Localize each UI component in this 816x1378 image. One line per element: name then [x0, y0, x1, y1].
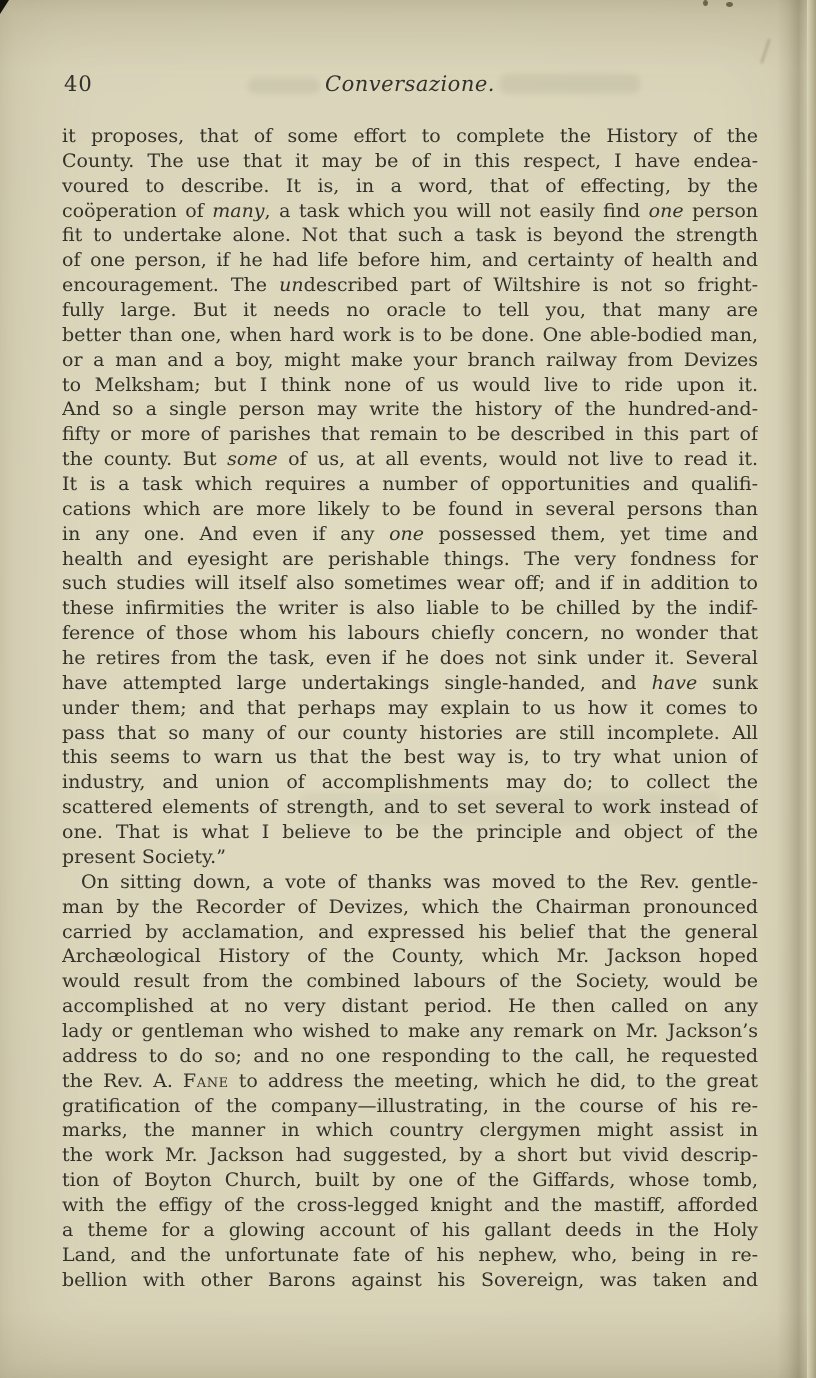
text-line: of one person, if he had life before him…	[62, 248, 758, 273]
small-caps-text: Fane	[183, 1070, 229, 1092]
page-body: it proposes, that of some effort to comp…	[62, 124, 758, 1292]
text-line: health and eyesight are perishable thing…	[62, 547, 758, 572]
italic-text: one	[389, 523, 424, 545]
text-line: fifty or more of parishes that remain to…	[62, 422, 758, 447]
text-line: marks, the manner in which country clerg…	[62, 1118, 758, 1143]
text-line: On sitting down, a vote of thanks was mo…	[62, 870, 758, 895]
text-line: It is a task which requires a number of …	[62, 472, 758, 497]
text-line: Land, and the unfortunate fate of his ne…	[62, 1243, 758, 1268]
page-edge	[807, 0, 816, 1378]
text-line: fully large. But it needs no oracle to t…	[62, 298, 758, 323]
scan-corner-artifact	[0, 0, 9, 14]
text-line: the Rev. A. Fane to address the meeting,…	[62, 1069, 758, 1094]
paragraph: it proposes, that of some effort to comp…	[62, 124, 758, 870]
text-line: fit to undertake alone. Not that such a …	[62, 223, 758, 248]
text-line: these infirmities the writer is also lia…	[62, 596, 758, 621]
text-line: gratification of the company—illustratin…	[62, 1094, 758, 1119]
text-line: with the effigy of the cross-legged knig…	[62, 1193, 758, 1218]
text-line: to Melksham; but I think none of us woul…	[62, 373, 758, 398]
running-title: Conversazione.	[62, 72, 758, 96]
text-line: have attempted large undertakings single…	[62, 671, 758, 696]
italic-text: un	[279, 274, 303, 296]
text-line: would result from the combined labours o…	[62, 969, 758, 994]
text-line: pass that so many of our county historie…	[62, 721, 758, 746]
text-line: under them; and that perhaps may explain…	[62, 696, 758, 721]
text-line: the work Mr. Jackson had suggested, by a…	[62, 1143, 758, 1168]
text-line: ference of those whom his labours chiefl…	[62, 621, 758, 646]
text-line: scattered elements of strength, and to s…	[62, 795, 758, 820]
text-line: tion of Boyton Church, built by one of t…	[62, 1168, 758, 1193]
text-line: present Society.”	[62, 845, 758, 870]
text-line: coöperation of many, a task which you wi…	[62, 199, 758, 224]
text-line: encouragement. The undescribed part of W…	[62, 273, 758, 298]
text-line: a theme for a glowing account of his gal…	[62, 1218, 758, 1243]
page-gutter-shadow	[777, 0, 807, 1378]
text-line: it proposes, that of some effort to comp…	[62, 124, 758, 149]
italic-text: some	[227, 448, 277, 470]
text-line: cations which are more likely to be foun…	[62, 497, 758, 522]
text-line: or a man and a boy, might make your bran…	[62, 348, 758, 373]
italic-text: one	[649, 200, 684, 222]
text-line: And so a single person may write the his…	[62, 397, 758, 422]
text-line: address to do so; and no one responding …	[62, 1044, 758, 1069]
text-line: carried by acclamation, and expressed hi…	[62, 920, 758, 945]
scan-scratch	[760, 38, 771, 64]
scanned-book-page: { "colors": { "paper": "#d9d3b8", "ink":…	[0, 0, 816, 1378]
text-line: better than one, when hard work is to be…	[62, 323, 758, 348]
paragraph: On sitting down, a vote of thanks was mo…	[62, 870, 758, 1293]
text-line: industry, and union of accomplishments m…	[62, 770, 758, 795]
scan-speck	[703, 0, 708, 6]
text-line: voured to describe. It is, in a word, th…	[62, 174, 758, 199]
text-line: bellion with other Barons against his So…	[62, 1268, 758, 1293]
text-line: Archæological History of the County, whi…	[62, 944, 758, 969]
text-line: the county. But some of us, at all event…	[62, 447, 758, 472]
italic-text: have	[652, 672, 698, 694]
text-line: he retires from the task, even if he doe…	[62, 646, 758, 671]
text-line: accomplished at no very distant period. …	[62, 994, 758, 1019]
italic-text: many	[212, 200, 264, 222]
text-line: such studies will itself also sometimes …	[62, 571, 758, 596]
text-line: in any one. And even if any one possesse…	[62, 522, 758, 547]
text-line: County. The use that it may be of in thi…	[62, 149, 758, 174]
text-line: lady or gentleman who wished to make any…	[62, 1019, 758, 1044]
text-line: one. That is what I believe to be the pr…	[62, 820, 758, 845]
text-line: man by the Recorder of Devizes, which th…	[62, 895, 758, 920]
text-line: this seems to warn us that the best way …	[62, 745, 758, 770]
scan-speck	[726, 2, 733, 7]
page-header: 40 Conversazione.	[62, 72, 758, 100]
